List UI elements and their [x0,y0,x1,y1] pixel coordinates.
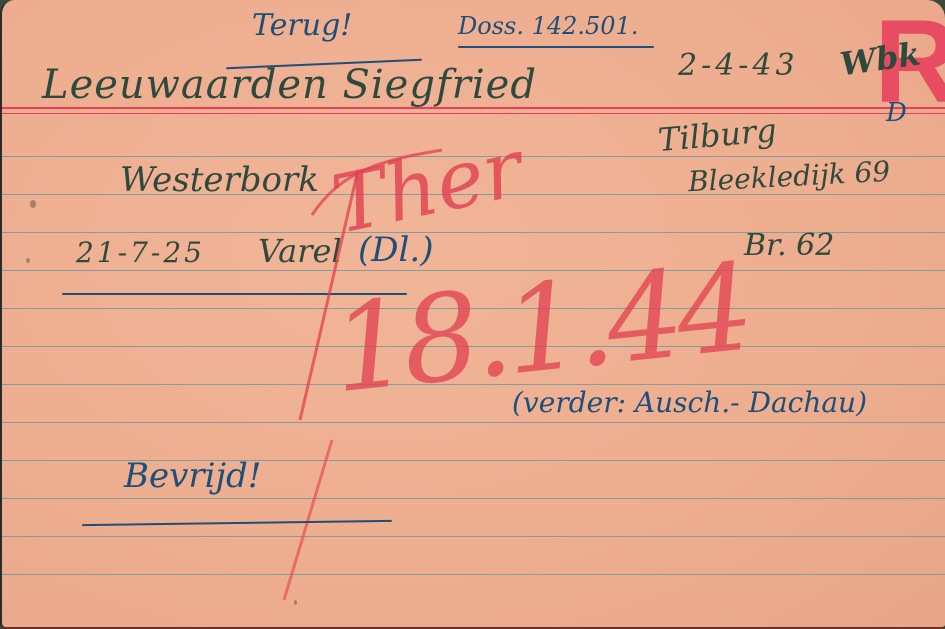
ruled-line [2,498,945,499]
dossier-number: Doss. 142.501. [458,12,638,40]
person-name: Leeuwaarden Siegfried [42,62,537,108]
barrack-number: Br. 62 [744,228,834,263]
terug-note: Terug! [252,8,352,43]
paper-speck [30,200,36,208]
stamp-mark-d: D [886,98,907,128]
paper-speck [26,258,30,263]
ruled-line [2,574,945,575]
further-deportation-note: (verder: Ausch.- Dachau) [512,386,867,419]
registration-date: 2-4-43 [678,48,799,83]
paper-speck [294,600,297,605]
address-street: Bleekledijk 69 [687,155,891,199]
birth-date: 21-7-25 [76,236,205,269]
liberated-underline [82,520,392,526]
dossier-underline [458,46,654,48]
camp-name: Westerbork [120,160,319,200]
ruled-line [2,422,945,423]
birth-place: Varel [258,232,342,270]
ruled-line [2,536,945,537]
address-city: Tilburg [657,111,779,159]
header-red-line [2,113,945,114]
index-card: R Terug! Doss. 142.501. Leeuwaarden Sieg… [0,0,945,629]
liberated-note: Bevrijd! [124,456,261,496]
